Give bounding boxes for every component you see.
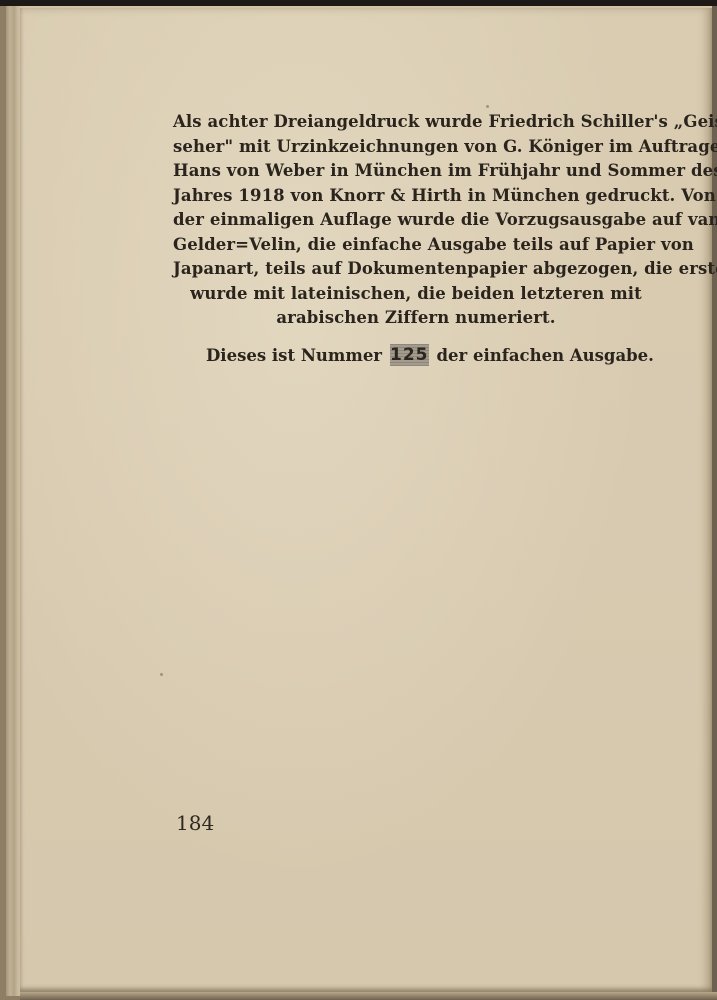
edition-statement: Dieses ist Nummer 125 der einfachen Ausg… (206, 344, 626, 366)
page-number: 184 (176, 811, 214, 835)
colophon-line: seher" mit Urzinkzeichnungen von G. Köni… (173, 135, 659, 160)
colophon-line: Als achter Dreiangeldruck wurde Friedric… (173, 110, 659, 135)
colophon-line: der einmaligen Auflage wurde die Vorzugs… (173, 208, 659, 233)
paper-speck (486, 105, 489, 108)
colophon-line: wurde mit lateinischen, die beiden letzt… (173, 282, 659, 307)
colophon-line: Gelder=Velin, die einfache Ausgabe teils… (173, 233, 659, 258)
colophon-line: Japanart, teils auf Dokumentenpapier abg… (173, 257, 659, 282)
colophon-line: Hans von Weber in München im Frühjahr un… (173, 159, 659, 184)
colophon-paragraph: Als achter Dreiangeldruck wurde Friedric… (173, 110, 659, 331)
colophon-line: Jahres 1918 von Knorr & Hirth in München… (173, 184, 659, 209)
page-bottom-edge (20, 992, 717, 1000)
colophon-line: arabischen Ziffern numeriert. (173, 306, 659, 331)
copy-number-stamp: 125 (390, 344, 429, 366)
edition-suffix: der einfachen Ausgabe. (437, 346, 654, 365)
paper-speck (160, 673, 163, 676)
edition-prefix: Dieses ist Nummer (206, 346, 382, 365)
